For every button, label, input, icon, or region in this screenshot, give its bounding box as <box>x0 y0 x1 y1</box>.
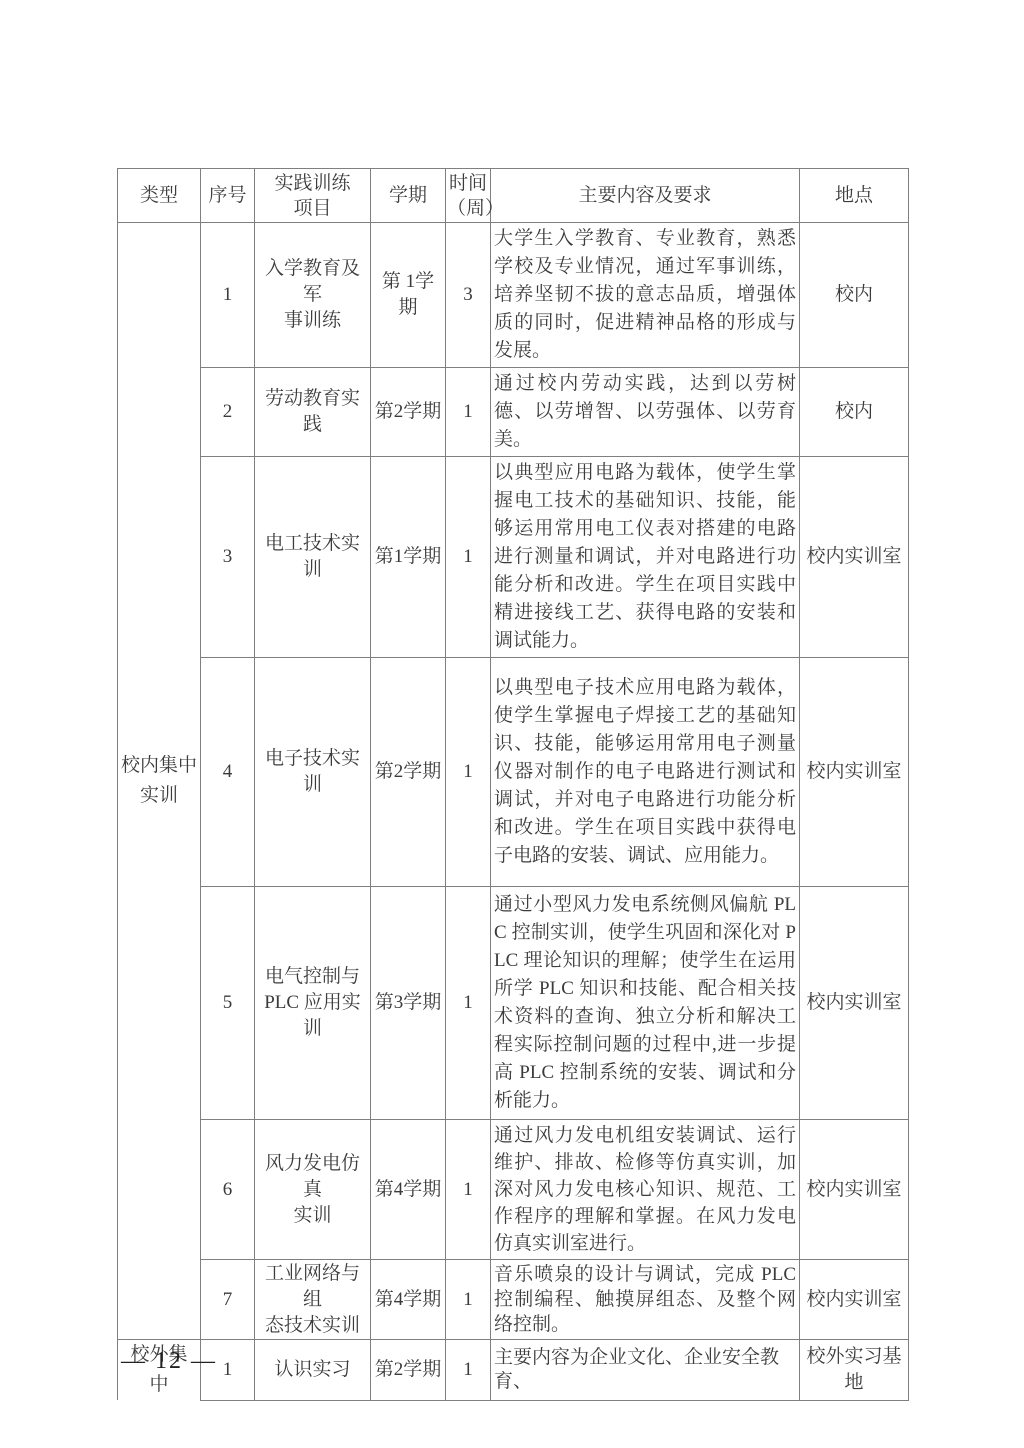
cell-content: 主要内容为企业文化、企业安全教育、 <box>491 1340 800 1401</box>
header-cell-type: 类型 <box>118 169 201 223</box>
cell-weeks: 1 <box>446 1340 491 1401</box>
cell-project: 电工技术实训 <box>255 457 371 658</box>
cell-index: 1 <box>201 223 255 368</box>
cell-type-group-oncampus: 校内集中 实训 <box>118 223 201 1340</box>
cell-location: 校内实训室 <box>800 658 909 887</box>
cell-index: 6 <box>201 1120 255 1260</box>
cell-project: 劳动教育实践 <box>255 368 371 457</box>
cell-content: 通过校内劳动实践，达到以劳树德、以劳增智、以劳强体、以劳育美。 <box>491 368 800 457</box>
cell-weeks: 3 <box>446 223 491 368</box>
document-page: 类型 序号 实践训练 项目 学期 时间 （周） 主要内容及要求 地点 校内集中 … <box>0 0 1024 1448</box>
cell-weeks: 1 <box>446 457 491 658</box>
table-row: 3 电工技术实训 第1学期 1 以典型应用电路为载体，使学生掌握电工技术的基础知… <box>118 457 909 658</box>
cell-index: 5 <box>201 887 255 1120</box>
cell-semester: 第3学期 <box>371 887 446 1120</box>
cell-content: 音乐喷泉的设计与调试，完成 PLC 控制编程、触摸屏组态、及整个网络控制。 <box>491 1260 800 1340</box>
cell-location: 校内实训室 <box>800 887 909 1120</box>
cell-semester: 第4学期 <box>371 1120 446 1260</box>
header-cell-content: 主要内容及要求 <box>491 169 800 223</box>
table-row: 2 劳动教育实践 第2学期 1 通过校内劳动实践，达到以劳树德、以劳增智、以劳强… <box>118 368 909 457</box>
cell-weeks: 1 <box>446 1260 491 1340</box>
table-header-row: 类型 序号 实践训练 项目 学期 时间 （周） 主要内容及要求 地点 <box>118 169 909 223</box>
header-cell-index: 序号 <box>201 169 255 223</box>
cell-content: 通过风力发电机组安装调试、运行维护、排故、检修等仿真实训，加深对风力发电核心知识… <box>491 1120 800 1260</box>
cell-index: 4 <box>201 658 255 887</box>
cell-project: 认识实习 <box>255 1340 371 1401</box>
cell-project: 电子技术实训 <box>255 658 371 887</box>
cell-semester: 第2学期 <box>371 1340 446 1401</box>
cell-semester: 第2学期 <box>371 658 446 887</box>
table-row: 校内集中 实训 1 入学教育及军 事训练 第 1学 期 3 大学生入学教育、专业… <box>118 223 909 368</box>
cell-semester: 第2学期 <box>371 368 446 457</box>
cell-index: 7 <box>201 1260 255 1340</box>
cell-location: 校外实习基地 <box>800 1340 909 1401</box>
cell-weeks: 1 <box>446 1120 491 1260</box>
cell-project: 工业网络与组 态技术实训 <box>255 1260 371 1340</box>
cell-location: 校内实训室 <box>800 1120 909 1260</box>
table-row: 6 风力发电仿真 实训 第4学期 1 通过风力发电机组安装调试、运行维护、排故、… <box>118 1120 909 1260</box>
table-row: 4 电子技术实训 第2学期 1 以典型电子技术应用电路为载体，使学生掌握电子焊接… <box>118 658 909 887</box>
header-cell-location: 地点 <box>800 169 909 223</box>
cell-project: 入学教育及军 事训练 <box>255 223 371 368</box>
table-row: 校外集 中 1 认识实习 第2学期 1 主要内容为企业文化、企业安全教育、 校外… <box>118 1340 909 1401</box>
header-cell-project: 实践训练 项目 <box>255 169 371 223</box>
cell-location: 校内 <box>800 223 909 368</box>
header-cell-semester: 学期 <box>371 169 446 223</box>
cell-content: 大学生入学教育、专业教育，熟悉学校及专业情况，通过军事训练，培养坚韧不拔的意志品… <box>491 223 800 368</box>
cell-content: 以典型电子技术应用电路为载体，使学生掌握电子焊接工艺的基础知识、技能，能够运用常… <box>491 658 800 887</box>
table-row: 5 电气控制与 PLC 应用实训 第3学期 1 通过小型风力发电系统侧风偏航 P… <box>118 887 909 1120</box>
cell-location: 校内实训室 <box>800 457 909 658</box>
cell-index: 3 <box>201 457 255 658</box>
cell-index: 2 <box>201 368 255 457</box>
cell-location: 校内实训室 <box>800 1260 909 1340</box>
cell-semester: 第1学期 <box>371 457 446 658</box>
table-row: 7 工业网络与组 态技术实训 第4学期 1 音乐喷泉的设计与调试，完成 PLC … <box>118 1260 909 1340</box>
cell-weeks: 1 <box>446 368 491 457</box>
cell-semester: 第 1学 期 <box>371 223 446 368</box>
page-number: — 12 — <box>121 1348 217 1375</box>
cell-semester: 第4学期 <box>371 1260 446 1340</box>
practice-training-table: 类型 序号 实践训练 项目 学期 时间 （周） 主要内容及要求 地点 校内集中 … <box>117 168 909 1401</box>
header-cell-weeks: 时间 （周） <box>446 169 491 223</box>
cell-location: 校内 <box>800 368 909 457</box>
cell-content: 以典型应用电路为载体，使学生掌握电工技术的基础知识、技能，能够运用常用电工仪表对… <box>491 457 800 658</box>
cell-project: 电气控制与 PLC 应用实训 <box>255 887 371 1120</box>
cell-weeks: 1 <box>446 658 491 887</box>
cell-weeks: 1 <box>446 887 491 1120</box>
cell-project: 风力发电仿真 实训 <box>255 1120 371 1260</box>
cell-content: 通过小型风力发电系统侧风偏航 PLC 控制实训，使学生巩固和深化对 PLC 理论… <box>491 887 800 1120</box>
